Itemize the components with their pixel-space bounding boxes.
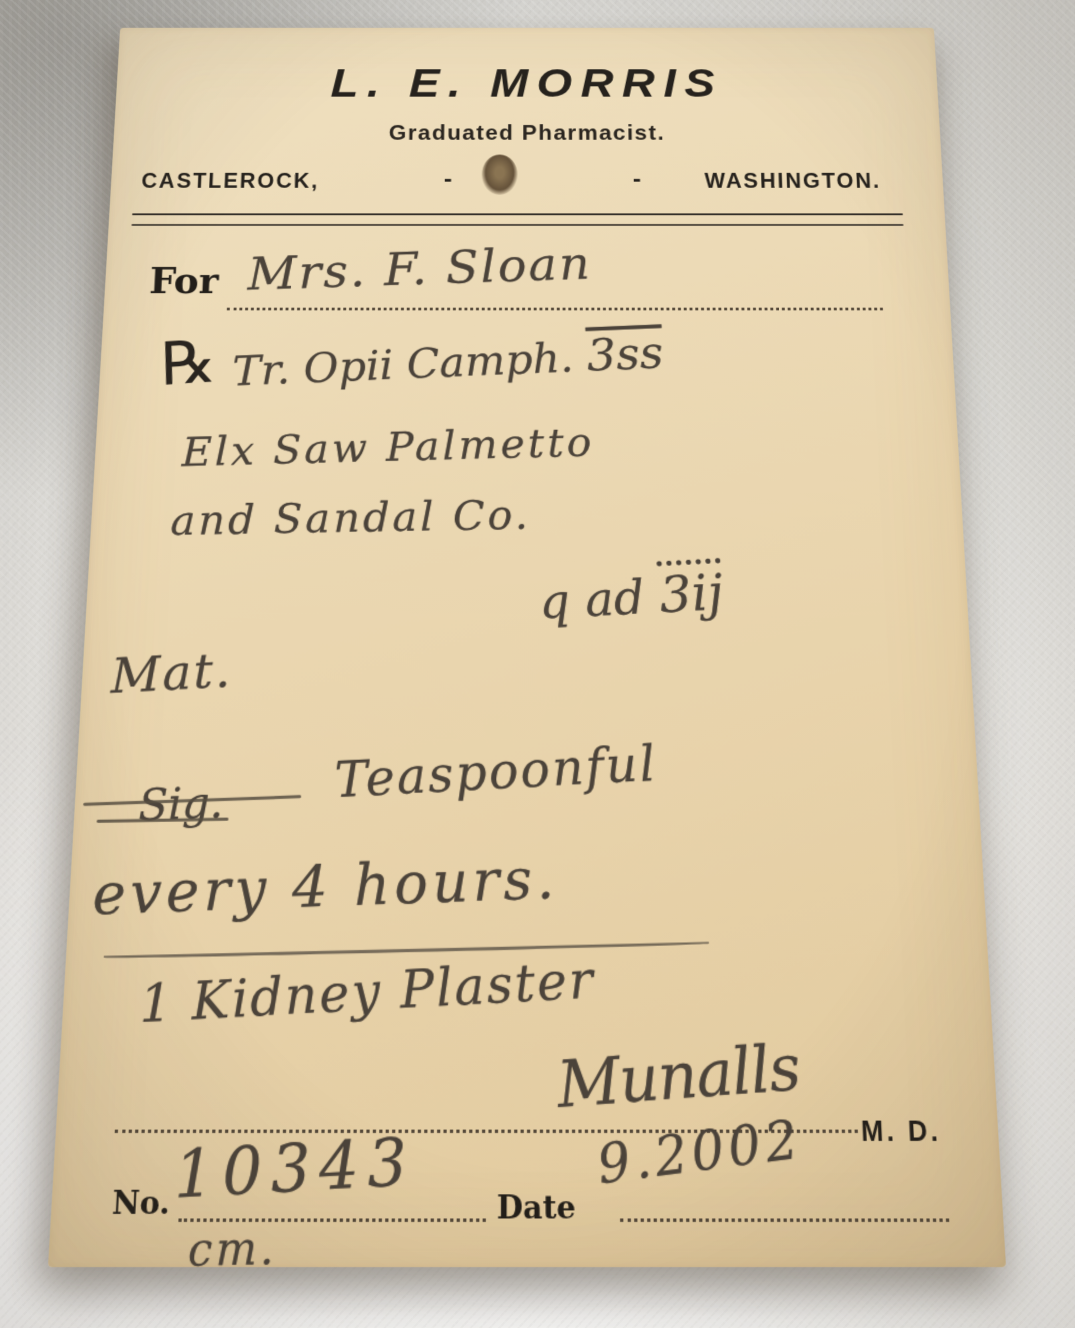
date-line (620, 1218, 949, 1221)
underline-flourish (104, 942, 709, 959)
no-label: No. (111, 1184, 171, 1222)
number-line (178, 1218, 486, 1221)
photo-scene: L. E. MORRIS Graduated Pharmacist. CASTL… (0, 0, 1075, 1328)
separator-dash-right: - (633, 165, 642, 192)
rx-line-4-text: q ad (538, 570, 647, 630)
prescription-paper: L. E. MORRIS Graduated Pharmacist. CASTL… (48, 28, 1006, 1267)
rx-line-2: Elx Saw Palmetto (181, 419, 595, 476)
date-label: Date (497, 1189, 576, 1227)
rx-line-1-drug: Tr. Opii Camph. (232, 334, 574, 395)
separator-dash-left: - (444, 165, 452, 192)
patient-name-line (227, 308, 883, 311)
sig-label: Sig. (138, 777, 223, 831)
rx-line-4: q ad 3ij (538, 563, 726, 630)
extra-item: 1 Kidney Plaster (139, 950, 596, 1036)
bottom-note: cm. (187, 1222, 277, 1277)
rx-symbol-icon: ℞ (160, 328, 217, 400)
date-handwriting: 9.2002 (594, 1108, 807, 1197)
prescription-number: 10343 (174, 1123, 417, 1214)
rx-line-3: and Sandal Co. (170, 491, 531, 544)
md-label: M. D. (860, 1116, 942, 1149)
city-label: CASTLEROCK, (141, 169, 320, 193)
header-rule-bottom (131, 224, 903, 226)
rx-line-4-quantity: 3ij (657, 563, 725, 624)
pharmacy-subtitle: Graduated Pharmacist. (113, 122, 940, 146)
rx-line-1: Tr. Opii Camph. 3ss (232, 328, 665, 397)
punch-hole (482, 155, 518, 195)
pharmacy-name: L. E. MORRIS (116, 61, 939, 107)
patient-name-handwriting: Mrs. F. Sloan (248, 237, 593, 300)
rx-line-1-quantity: 3ss (586, 328, 665, 382)
doctor-signature: Munalls (554, 1030, 803, 1123)
for-label: For (148, 261, 219, 303)
header-rule-top (132, 213, 903, 215)
directions-line-1: Teaspoonful (334, 735, 659, 810)
mix-instruction: Mat. (111, 642, 233, 704)
state-label: WASHINGTON. (704, 169, 881, 193)
directions-line-2: every 4 hours. (92, 845, 559, 928)
